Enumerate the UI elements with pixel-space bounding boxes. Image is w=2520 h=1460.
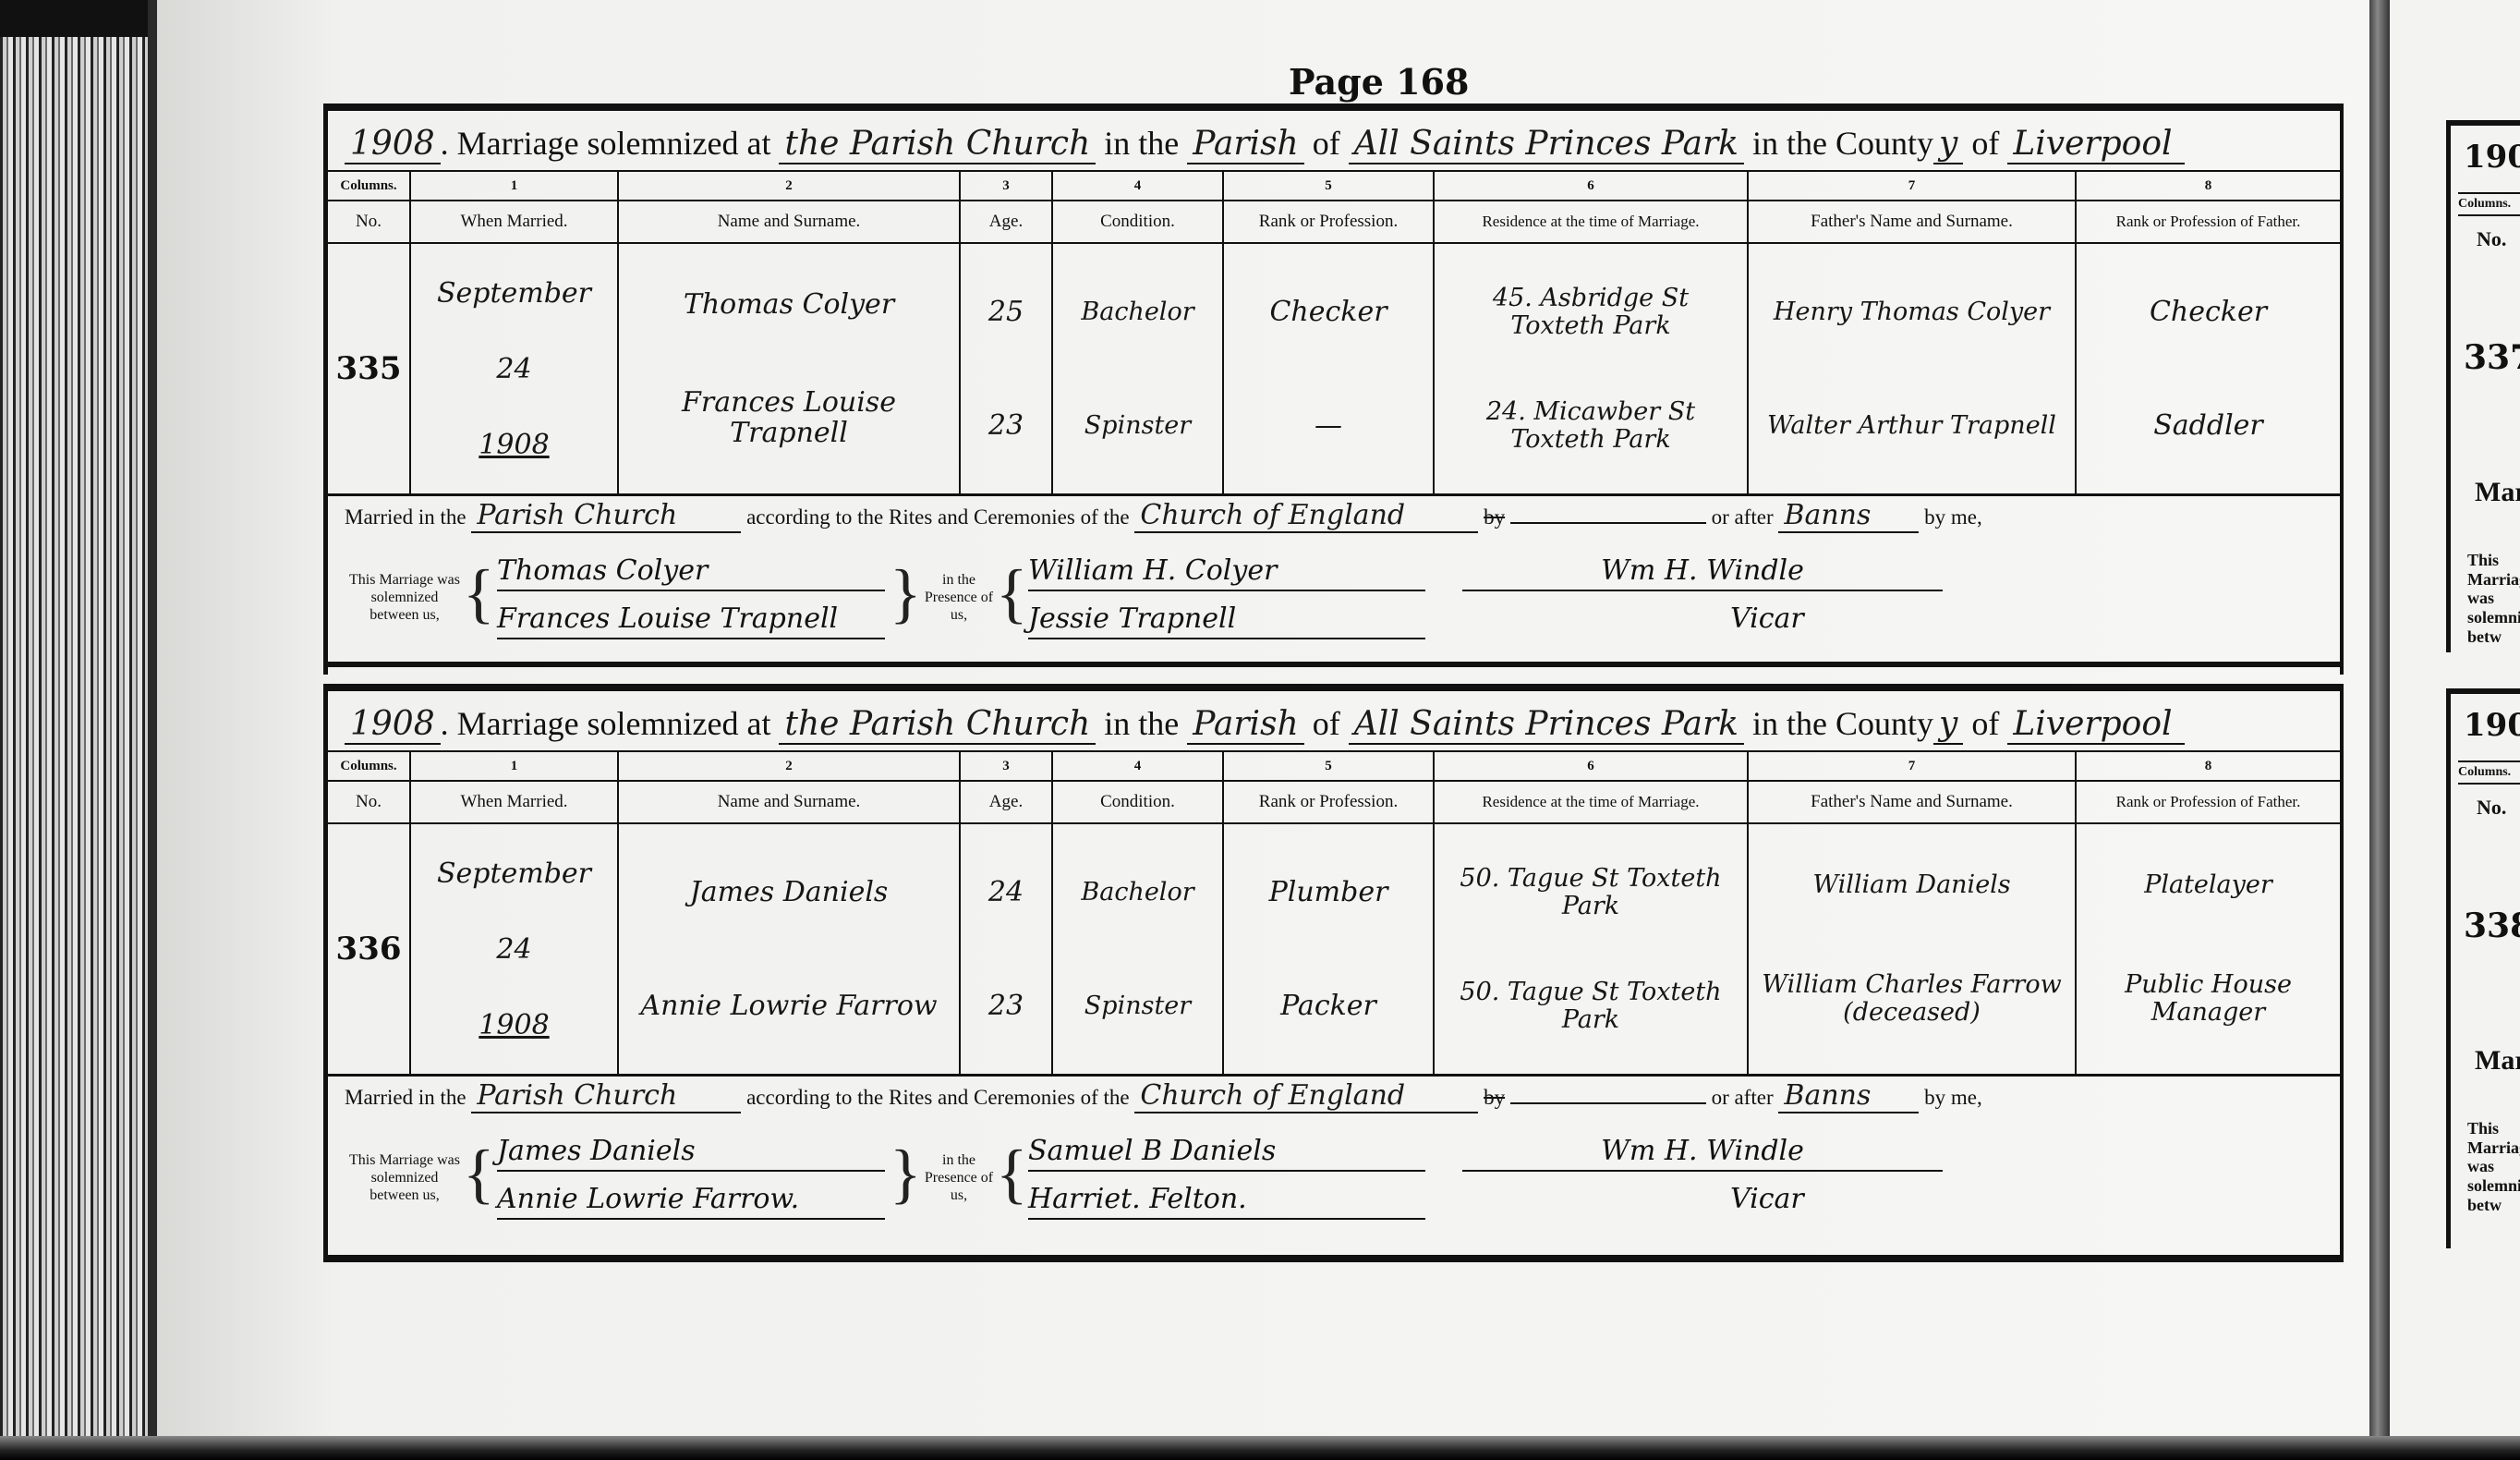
presence-label: in the Presence of us,: [922, 1151, 996, 1205]
married-day: 24: [418, 934, 610, 965]
bride-signature: Frances Louise Trapnell: [497, 602, 885, 639]
bride-residence: 50. Tague St Toxteth Park: [1442, 979, 1739, 1033]
brace-icon: {: [996, 1140, 1028, 1207]
bride-residence: 24. Micawber St Toxteth Park: [1442, 398, 1739, 453]
married-in: Parish Church: [471, 1079, 741, 1113]
entry-year: 1908: [345, 705, 441, 745]
county-suffix: y: [1933, 125, 1963, 164]
parish-name: All Saints Princes Park: [1349, 705, 1744, 745]
officiant-signature: Wm H. Windle: [1462, 554, 1943, 591]
after-banns: Banns: [1778, 499, 1919, 533]
brace-icon: {: [463, 560, 495, 627]
bride-signature: Annie Lowrie Farrow.: [497, 1183, 885, 1220]
groom-father: William Daniels: [1756, 871, 2067, 899]
rites: Church of England: [1134, 1079, 1478, 1113]
page-number: Page 168: [1289, 61, 1469, 103]
bride-age: 23: [968, 991, 1044, 1021]
page-gutter: [148, 0, 157, 1460]
bride-condition: Spinster: [1060, 992, 1215, 1020]
groom-residence: 45. Asbridge St Toxteth Park: [1442, 285, 1739, 339]
officiant-title: Vicar: [1730, 1183, 1943, 1218]
table-row: 336 September 24 1908 James Daniels Anni…: [328, 824, 2340, 1077]
brace-icon: {: [996, 560, 1028, 627]
entry-divider: [323, 662, 2344, 667]
groom-condition: Bachelor: [1060, 879, 1215, 906]
by-licence: [1510, 522, 1706, 524]
marriage-place: the Parish Church: [779, 125, 1096, 164]
marriage-place: the Parish Church: [779, 705, 1096, 745]
married-month: September: [418, 278, 610, 309]
parish-name: All Saints Princes Park: [1349, 125, 1744, 164]
book-shadow: [0, 0, 157, 37]
entry-headline: 1908. Marriage solemnized at the Parish …: [345, 704, 2185, 745]
witness-2: Harriet. Felton.: [1028, 1183, 1425, 1220]
county-suffix: y: [1933, 705, 1963, 745]
county-name: Liverpool: [2007, 705, 2185, 745]
bride-condition: Spinster: [1060, 412, 1215, 440]
groom-father-profession: Checker: [2084, 297, 2332, 327]
bride-profession: Packer: [1231, 991, 1425, 1021]
groom-signature: James Daniels: [497, 1135, 885, 1172]
parish-type: Parish: [1187, 125, 1303, 164]
groom-profession: Plumber: [1231, 877, 1425, 907]
groom-father-profession: Platelayer: [2084, 871, 2332, 899]
bride-profession: —: [1231, 410, 1425, 441]
married-year: 1908: [418, 430, 610, 460]
by-licence: [1510, 1102, 1706, 1104]
officiant-signature: Wm H. Windle: [1462, 1135, 1943, 1172]
facing-page-entry-337: 1908 Columns. No. 337 Mar This Marriage …: [2446, 120, 2520, 652]
married-day: 24: [418, 354, 610, 384]
column-numbers: Columns. 1 2 3 4 5 6 7 8: [328, 172, 2340, 201]
signatures-block: This Marriage was solemnized between us,…: [345, 1135, 2321, 1227]
groom-age: 25: [968, 297, 1044, 327]
column-headers: No. When Married. Name and Surname. Age.…: [328, 201, 2340, 244]
groom-condition: Bachelor: [1060, 298, 1215, 326]
groom-profession: Checker: [1231, 297, 1425, 327]
column-headers: No. When Married. Name and Surname. Age.…: [328, 782, 2340, 824]
county-name: Liverpool: [2007, 125, 2185, 164]
bride-father-profession: Public House Manager: [2084, 971, 2332, 1026]
witness-2: Jessie Trapnell: [1028, 602, 1425, 639]
officiant-title: Vicar: [1730, 602, 1943, 638]
groom-age: 24: [968, 877, 1044, 907]
entry-number: 337: [2464, 338, 2520, 377]
witness-1: Samuel B Daniels: [1028, 1135, 1425, 1172]
bride-name: Annie Lowrie Farrow: [626, 991, 951, 1021]
register-entry-336: 1908. Marriage solemnized at the Parish …: [323, 684, 2344, 1262]
married-in: Parish Church: [471, 499, 741, 533]
groom-father: Henry Thomas Colyer: [1756, 298, 2067, 326]
book-page-edges: [0, 0, 157, 1460]
rites: Church of England: [1134, 499, 1478, 533]
bride-father: Walter Arthur Trapnell: [1756, 412, 2067, 440]
book-spine: [2369, 0, 2390, 1460]
entry-number: 336: [336, 931, 402, 967]
groom-residence: 50. Tague St Toxteth Park: [1442, 865, 1739, 919]
entry-headline: 1908. Marriage solemnized at the Parish …: [345, 124, 2185, 164]
this-marriage-label: This Marriage was solemnized between us,: [345, 1151, 465, 1205]
entry-number: 338: [2464, 906, 2520, 945]
table-row: 335 September 24 1908 Thomas Colyer Fran…: [328, 244, 2340, 496]
facing-page-entry-338: 1908 Columns. No. 338 Mar This Marriage …: [2446, 688, 2520, 1248]
married-month: September: [418, 858, 610, 889]
presence-label: in the Presence of us,: [922, 571, 996, 625]
register-entry-335: 1908. Marriage solemnized at the Parish …: [323, 103, 2344, 675]
entry-number: 335: [336, 350, 402, 387]
brace-icon: }: [890, 560, 922, 627]
bride-age: 23: [968, 410, 1044, 441]
entry-year: 1908: [345, 125, 441, 164]
after-banns: Banns: [1778, 1079, 1919, 1113]
brace-icon: {: [463, 1140, 495, 1207]
married-in-line: Married in the Parish Church according t…: [345, 1079, 1982, 1113]
groom-name: James Daniels: [626, 877, 951, 907]
column-numbers: Columns. 1 2 3 4 5 6 7 8: [328, 752, 2340, 782]
register-table: Columns. 1 2 3 4 5 6 7 8 No. When Marrie…: [328, 750, 2340, 1077]
bride-name: Frances Louise Trapnell: [626, 387, 951, 448]
bride-father: William Charles Farrow (deceased): [1756, 971, 2067, 1026]
this-marriage-label: This Marriage was solemnized between us,: [345, 571, 465, 625]
signatures-block: This Marriage was solemnized between us,…: [345, 554, 2321, 647]
register-table: Columns. 1 2 3 4 5 6 7 8 No. When Marrie…: [328, 170, 2340, 496]
married-year: 1908: [418, 1010, 610, 1040]
parish-type: Parish: [1187, 705, 1303, 745]
groom-name: Thomas Colyer: [626, 289, 951, 320]
witness-1: William H. Colyer: [1028, 554, 1425, 591]
bride-father-profession: Saddler: [2084, 410, 2332, 441]
book-bottom-edge: [0, 1436, 2520, 1460]
married-in-line: Married in the Parish Church according t…: [345, 499, 1982, 533]
groom-signature: Thomas Colyer: [497, 554, 885, 591]
brace-icon: }: [890, 1140, 922, 1207]
